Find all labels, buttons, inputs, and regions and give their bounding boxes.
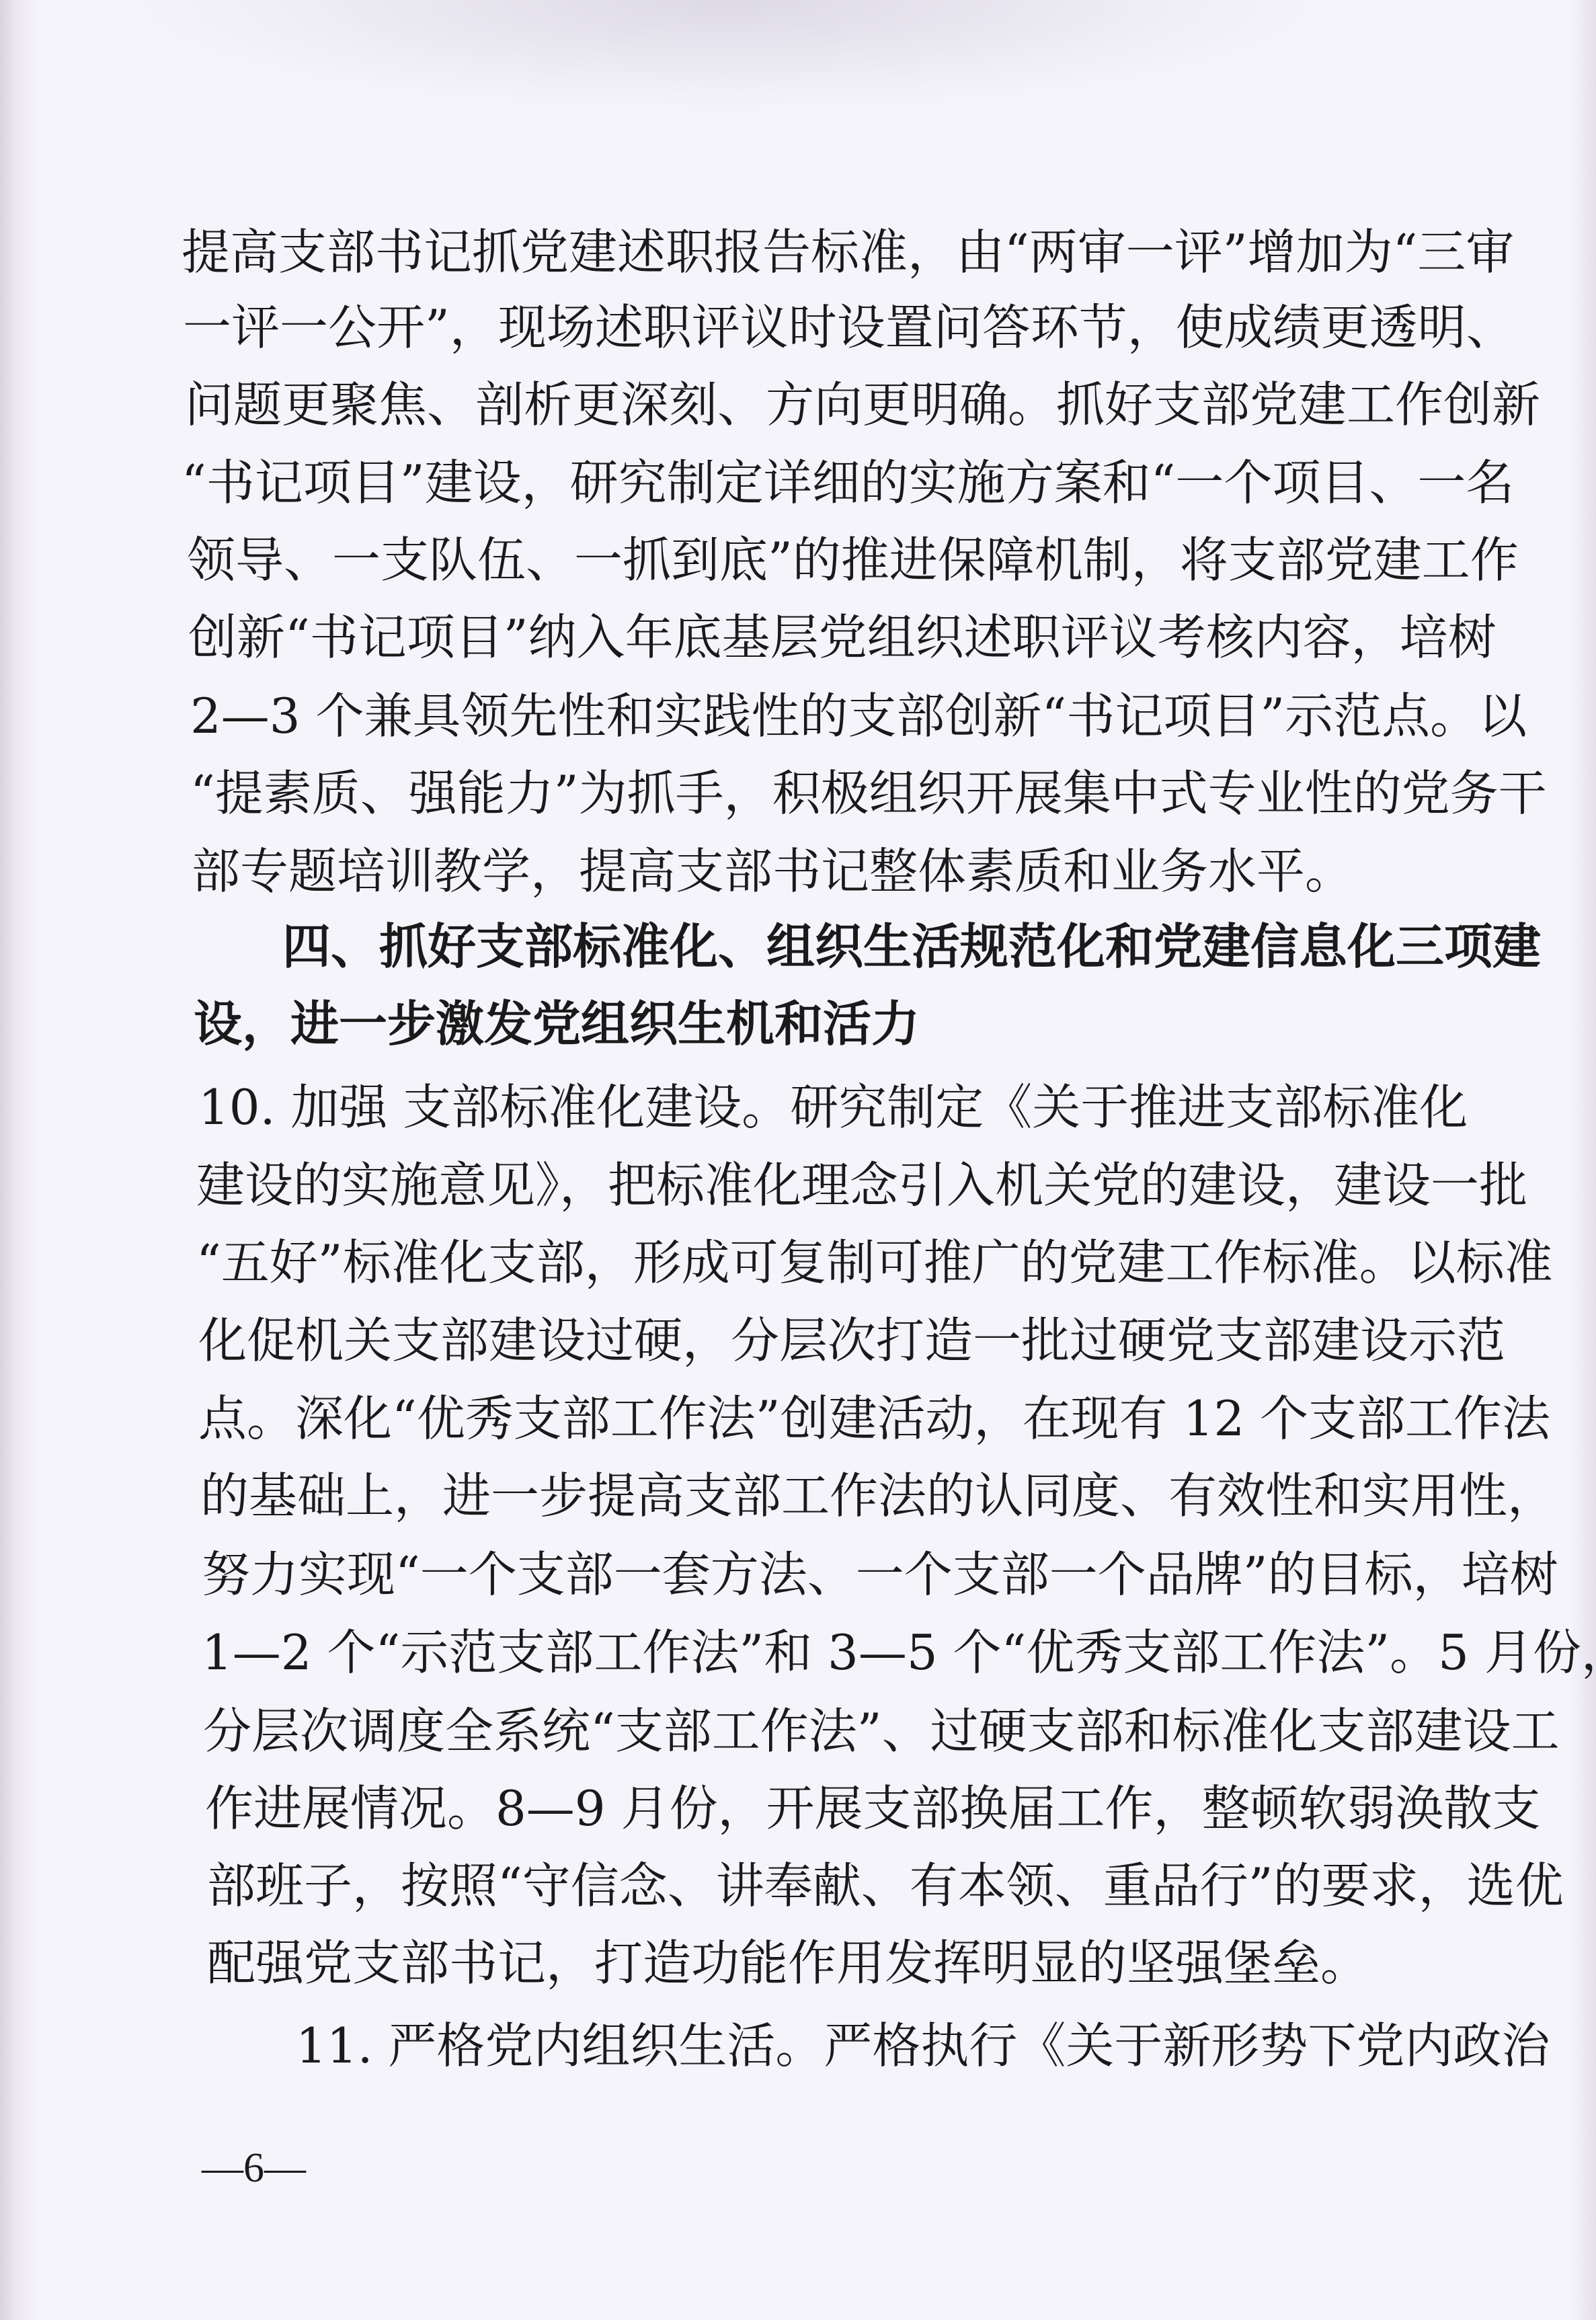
item-10-line: 分层次调度全系统“支部工作法”、过硬支部和标准化支部建设工 bbox=[203, 1701, 1423, 1761]
item-10-line: 的基础上，进一步提高支部工作法的认同度、有效性和实用性， bbox=[200, 1466, 1419, 1526]
item-11-line: 11. 严格党内组织生活。严格执行《关于新形势下党内政治 bbox=[296, 2015, 1425, 2076]
item-10-line: 1—2 个“示范支部工作法”和 3—5 个“优秀支部工作法”。5 月份， bbox=[202, 1622, 1420, 1683]
item-10-line: 10. 加强 支部标准化建设。研究制定《关于推进支部标准化 bbox=[198, 1077, 1410, 1137]
scan-shadow-right bbox=[1569, 0, 1596, 2320]
body-line: 一评一公开”，现场述职评议时设置问答环节，使成绩更透明、 bbox=[183, 297, 1380, 358]
page-number: —6— bbox=[202, 2145, 306, 2192]
item-10-line: 点。深化“优秀支部工作法”创建活动，在现有 12 个支部工作法 bbox=[198, 1388, 1417, 1449]
section-heading-line: 四、抓好支部标准化、组织生活规范化和党建信息化三项建 bbox=[282, 916, 1412, 977]
item-10-line: 努力实现“一个支部一套方法、一个支部一个品牌”的目标，培树 bbox=[202, 1544, 1419, 1605]
body-line: 领导、一支队伍、一抓到底”的推进保障机制，将支部党建工作 bbox=[187, 530, 1405, 590]
item-10-line: 部班子，按照“守信念、讲奉献、有本领、重品行”的要求，选优 bbox=[207, 1855, 1425, 1916]
body-line: 提高支部书记抓党建述职报告标准，由“两审一评”增加为“三审 bbox=[182, 222, 1402, 282]
body-line: 问题更聚焦、剖析更深刻、方向更明确。抓好支部党建工作创新 bbox=[185, 374, 1403, 435]
body-line: “提素质、强能力”为抓手，积极组织开展集中式专业性的党务干 bbox=[190, 763, 1410, 824]
section-heading-line: 设，进一步激发党组织生机和活力 bbox=[194, 994, 856, 1054]
body-line: 2—3 个兼具领先性和实践性的支部创新“书记项目”示范点。以 bbox=[190, 686, 1408, 746]
item-10-line: 配强党支部书记，打造功能作用发挥明显的坚强堡垒。 bbox=[207, 1933, 1283, 1993]
scan-shadow-left bbox=[0, 0, 40, 2320]
body-line: 部专题培训教学，提高支部书记整体素质和业务水平。 bbox=[192, 841, 1240, 902]
body-line: “书记项目”建设，研究制定详细的实施方案和“一个项目、一名 bbox=[182, 452, 1404, 513]
item-10-line: 作进展情况。8—9 月份，开展支部换届工作，整顿软弱涣散支 bbox=[205, 1778, 1421, 1839]
item-10-line: 建设的实施意见》，把标准化理念引入机关党的建设，建设一批 bbox=[196, 1155, 1412, 1215]
item-10-line: “五好”标准化支部，形成可复制可推广的党建工作标准。以标准 bbox=[196, 1232, 1414, 1293]
scan-shadow-top bbox=[121, 0, 1331, 114]
body-line: 创新“书记项目”纳入年底基层党组织述职评议考核内容，培树 bbox=[188, 607, 1406, 668]
item-10-line: 化促机关支部建设过硬，分层次打造一批过硬党支部建设示范 bbox=[198, 1310, 1408, 1371]
